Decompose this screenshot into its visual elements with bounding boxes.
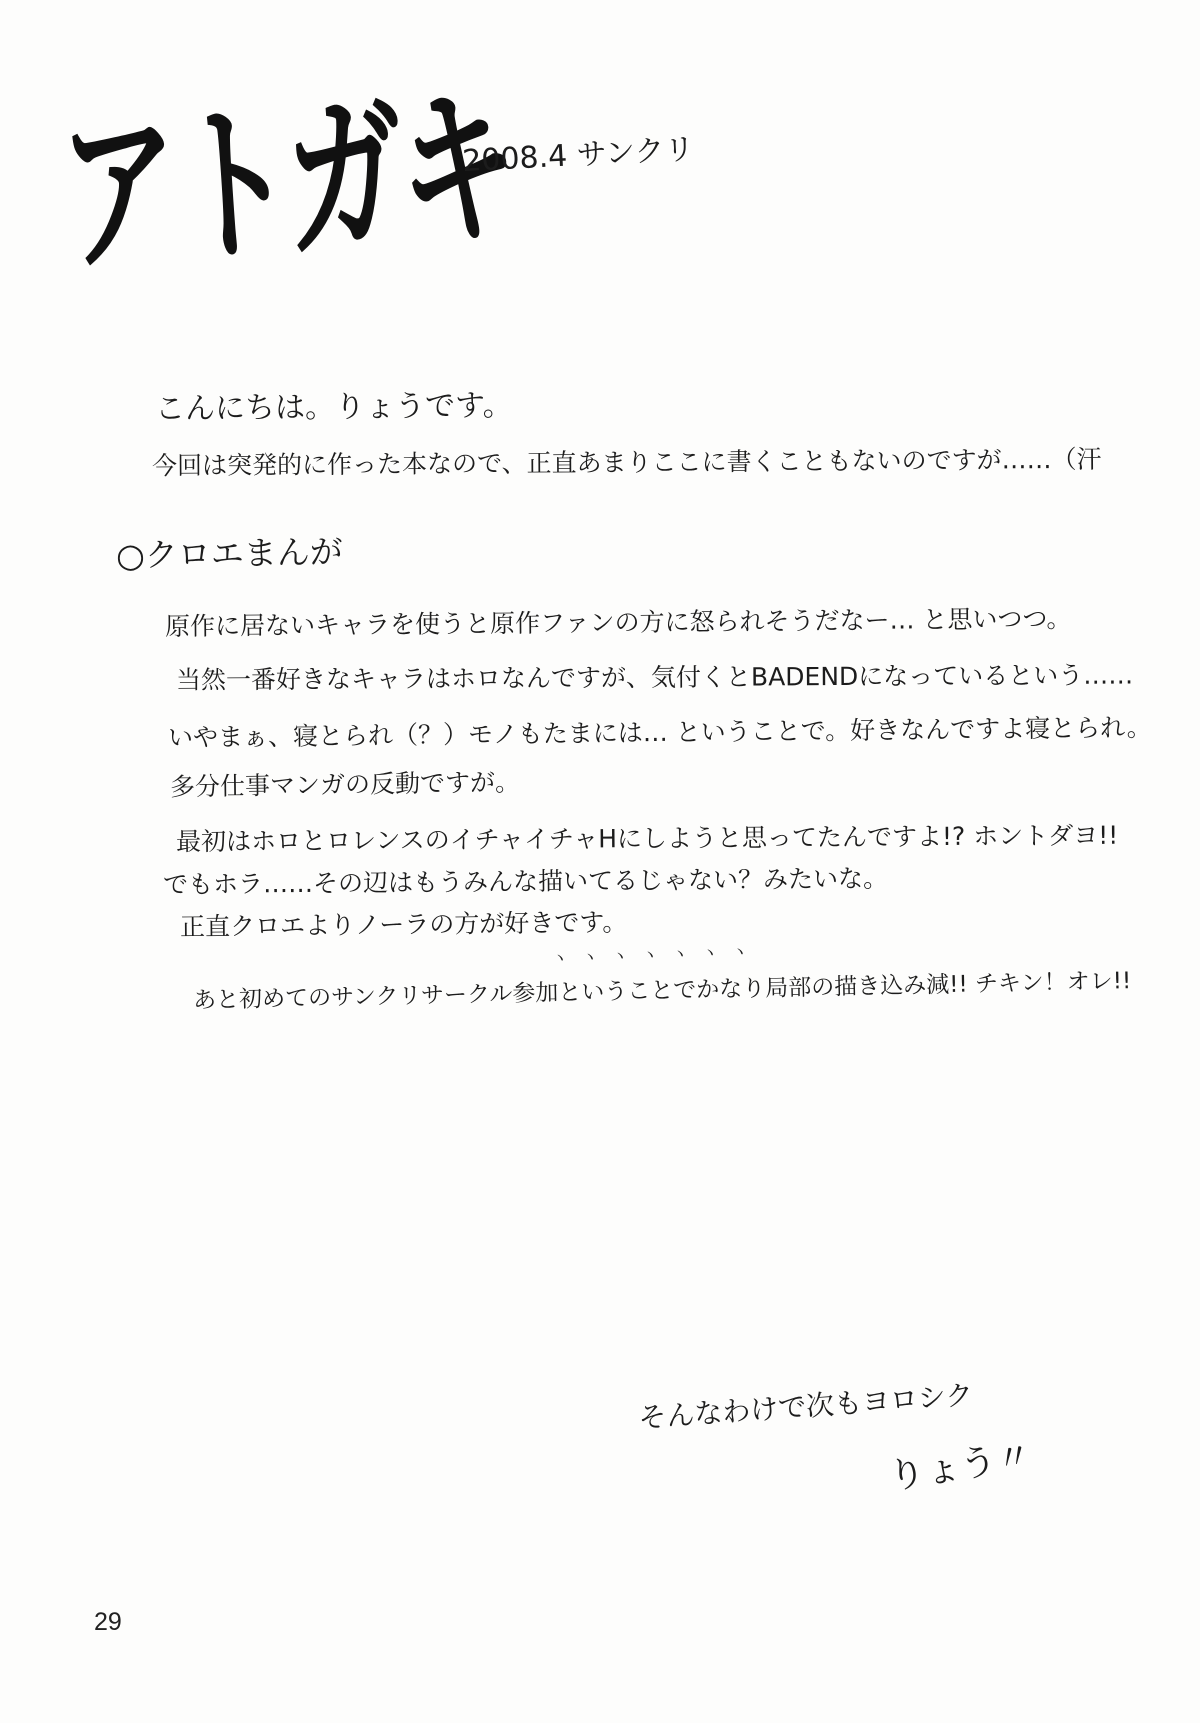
afterword-page: アトガキ 2008.4 サンクリ こんにちは。りょうです。 今回は突発的に作った… xyxy=(0,0,1200,1723)
section-line-7: 正直クロエよりノーラの方が好きです。 xyxy=(180,903,628,944)
closing-line: そんなわけで次もヨロシク xyxy=(637,1373,974,1436)
section-heading-chloe-manga: ○クロエまんが xyxy=(116,526,344,577)
section-line-1: 原作に居ないキャラを使うと原作ファンの方に怒られそうだなー… と思いつつ。 xyxy=(165,599,1072,643)
section-line-2: 当然一番好きなキャラはホロなんですが、気付くとBADENDになっているという…… xyxy=(176,655,1133,696)
emphasis-tick-marks: ヽヽヽヽヽヽヽ xyxy=(552,938,763,968)
intro-line: 今回は突発的に作った本なので、正直あまりここに書くこともないのですが……（汗 xyxy=(152,440,1102,483)
section-line-6: でもホラ……その辺はもうみんな描いてるじゃない？みたいな。 xyxy=(163,859,888,901)
section-line-5: 最初はホロとロレンスのイチャイチャHにしようと思ってたんですよ!? ホントダヨ!… xyxy=(176,816,1118,859)
page-number: 29 xyxy=(94,1608,122,1637)
section-line-4: 多分仕事マンガの反動ですが。 xyxy=(170,763,520,804)
page-title: アトガキ xyxy=(52,28,521,305)
sunshine-creation-note-line: あと初めてのサンクリサークル参加ということでかなり局部の描き込み減!! チキン！… xyxy=(193,962,1132,1015)
greeting-line: こんにちは。りょうです。 xyxy=(155,380,513,428)
author-signature: りょう〃 xyxy=(885,1427,1035,1500)
section-line-3: いやまぁ、寝とられ（？）モノもたまには… ということで。好きなんですよ寝とられ。 xyxy=(168,708,1152,754)
